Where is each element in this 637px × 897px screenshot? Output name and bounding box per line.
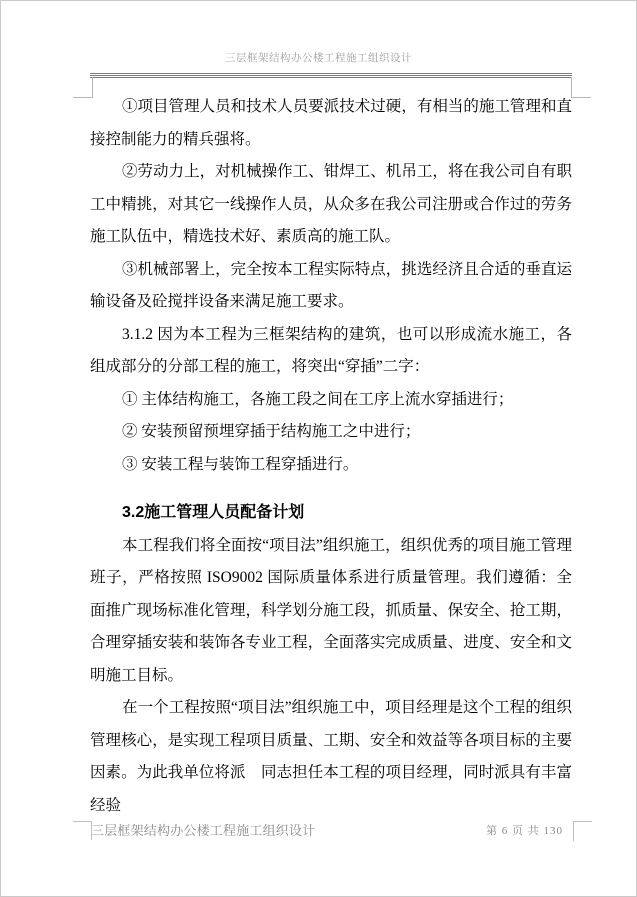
- crop-mark-top-right: [571, 77, 591, 98]
- footer-document-title: 三层框架结构办公楼工程施工组织设计: [91, 823, 315, 839]
- footer-page-number: 第 6 页 共 130: [486, 824, 563, 838]
- page-header-title: 三层框架结构办公楼工程施工组织设计: [1, 52, 636, 66]
- crop-mark-bottom-left: [73, 821, 92, 840]
- paragraph-numbered-3: ③机械部署上，完全按本工程实际特点，挑选经济且合适的垂直运输设备及砼搅拌设备来满…: [90, 254, 572, 319]
- paragraph-3-1-2: 3.1.2 因为本工程为三框架结构的建筑，也可以形成流水施工，各组成部分的分部工…: [90, 319, 572, 384]
- list-item-2: ② 安装预留预埋穿插于结构施工之中进行；: [90, 416, 572, 449]
- document-body: ①项目管理人员和技术人员要派技术过硬，有相当的施工管理和直接控制能力的精兵强将。…: [90, 91, 572, 822]
- paragraph-project-manager: 在一个工程按照“项目法”组织施工中，项目经理是这个工程的组织管理核心，是实现工程…: [90, 692, 572, 822]
- header-rule: [90, 73, 572, 78]
- document-page: 三层框架结构办公楼工程施工组织设计 ①项目管理人员和技术人员要派技术过硬，有相当…: [0, 0, 637, 897]
- paragraph-numbered-2: ②劳动力上，对机械操作工、钳焊工、机吊工，将在我公司自有职工中精挑，对其它一线操…: [90, 156, 572, 254]
- list-item-3: ③ 安装工程与装饰工程穿插进行。: [90, 449, 572, 482]
- paragraph-project-method: 本工程我们将全面按“项目法”组织施工，组织优秀的项目施工管理班子，严格按照 IS…: [90, 530, 572, 693]
- paragraph-numbered-1: ①项目管理人员和技术人员要派技术过硬，有相当的施工管理和直接控制能力的精兵强将。: [90, 91, 572, 156]
- crop-mark-bottom-right: [573, 821, 592, 841]
- section-heading-3-2: 3.2施工管理人员配备计划: [90, 497, 572, 530]
- list-item-1: ① 主体结构施工，各施工段之间在工序上流水穿插进行；: [90, 384, 572, 417]
